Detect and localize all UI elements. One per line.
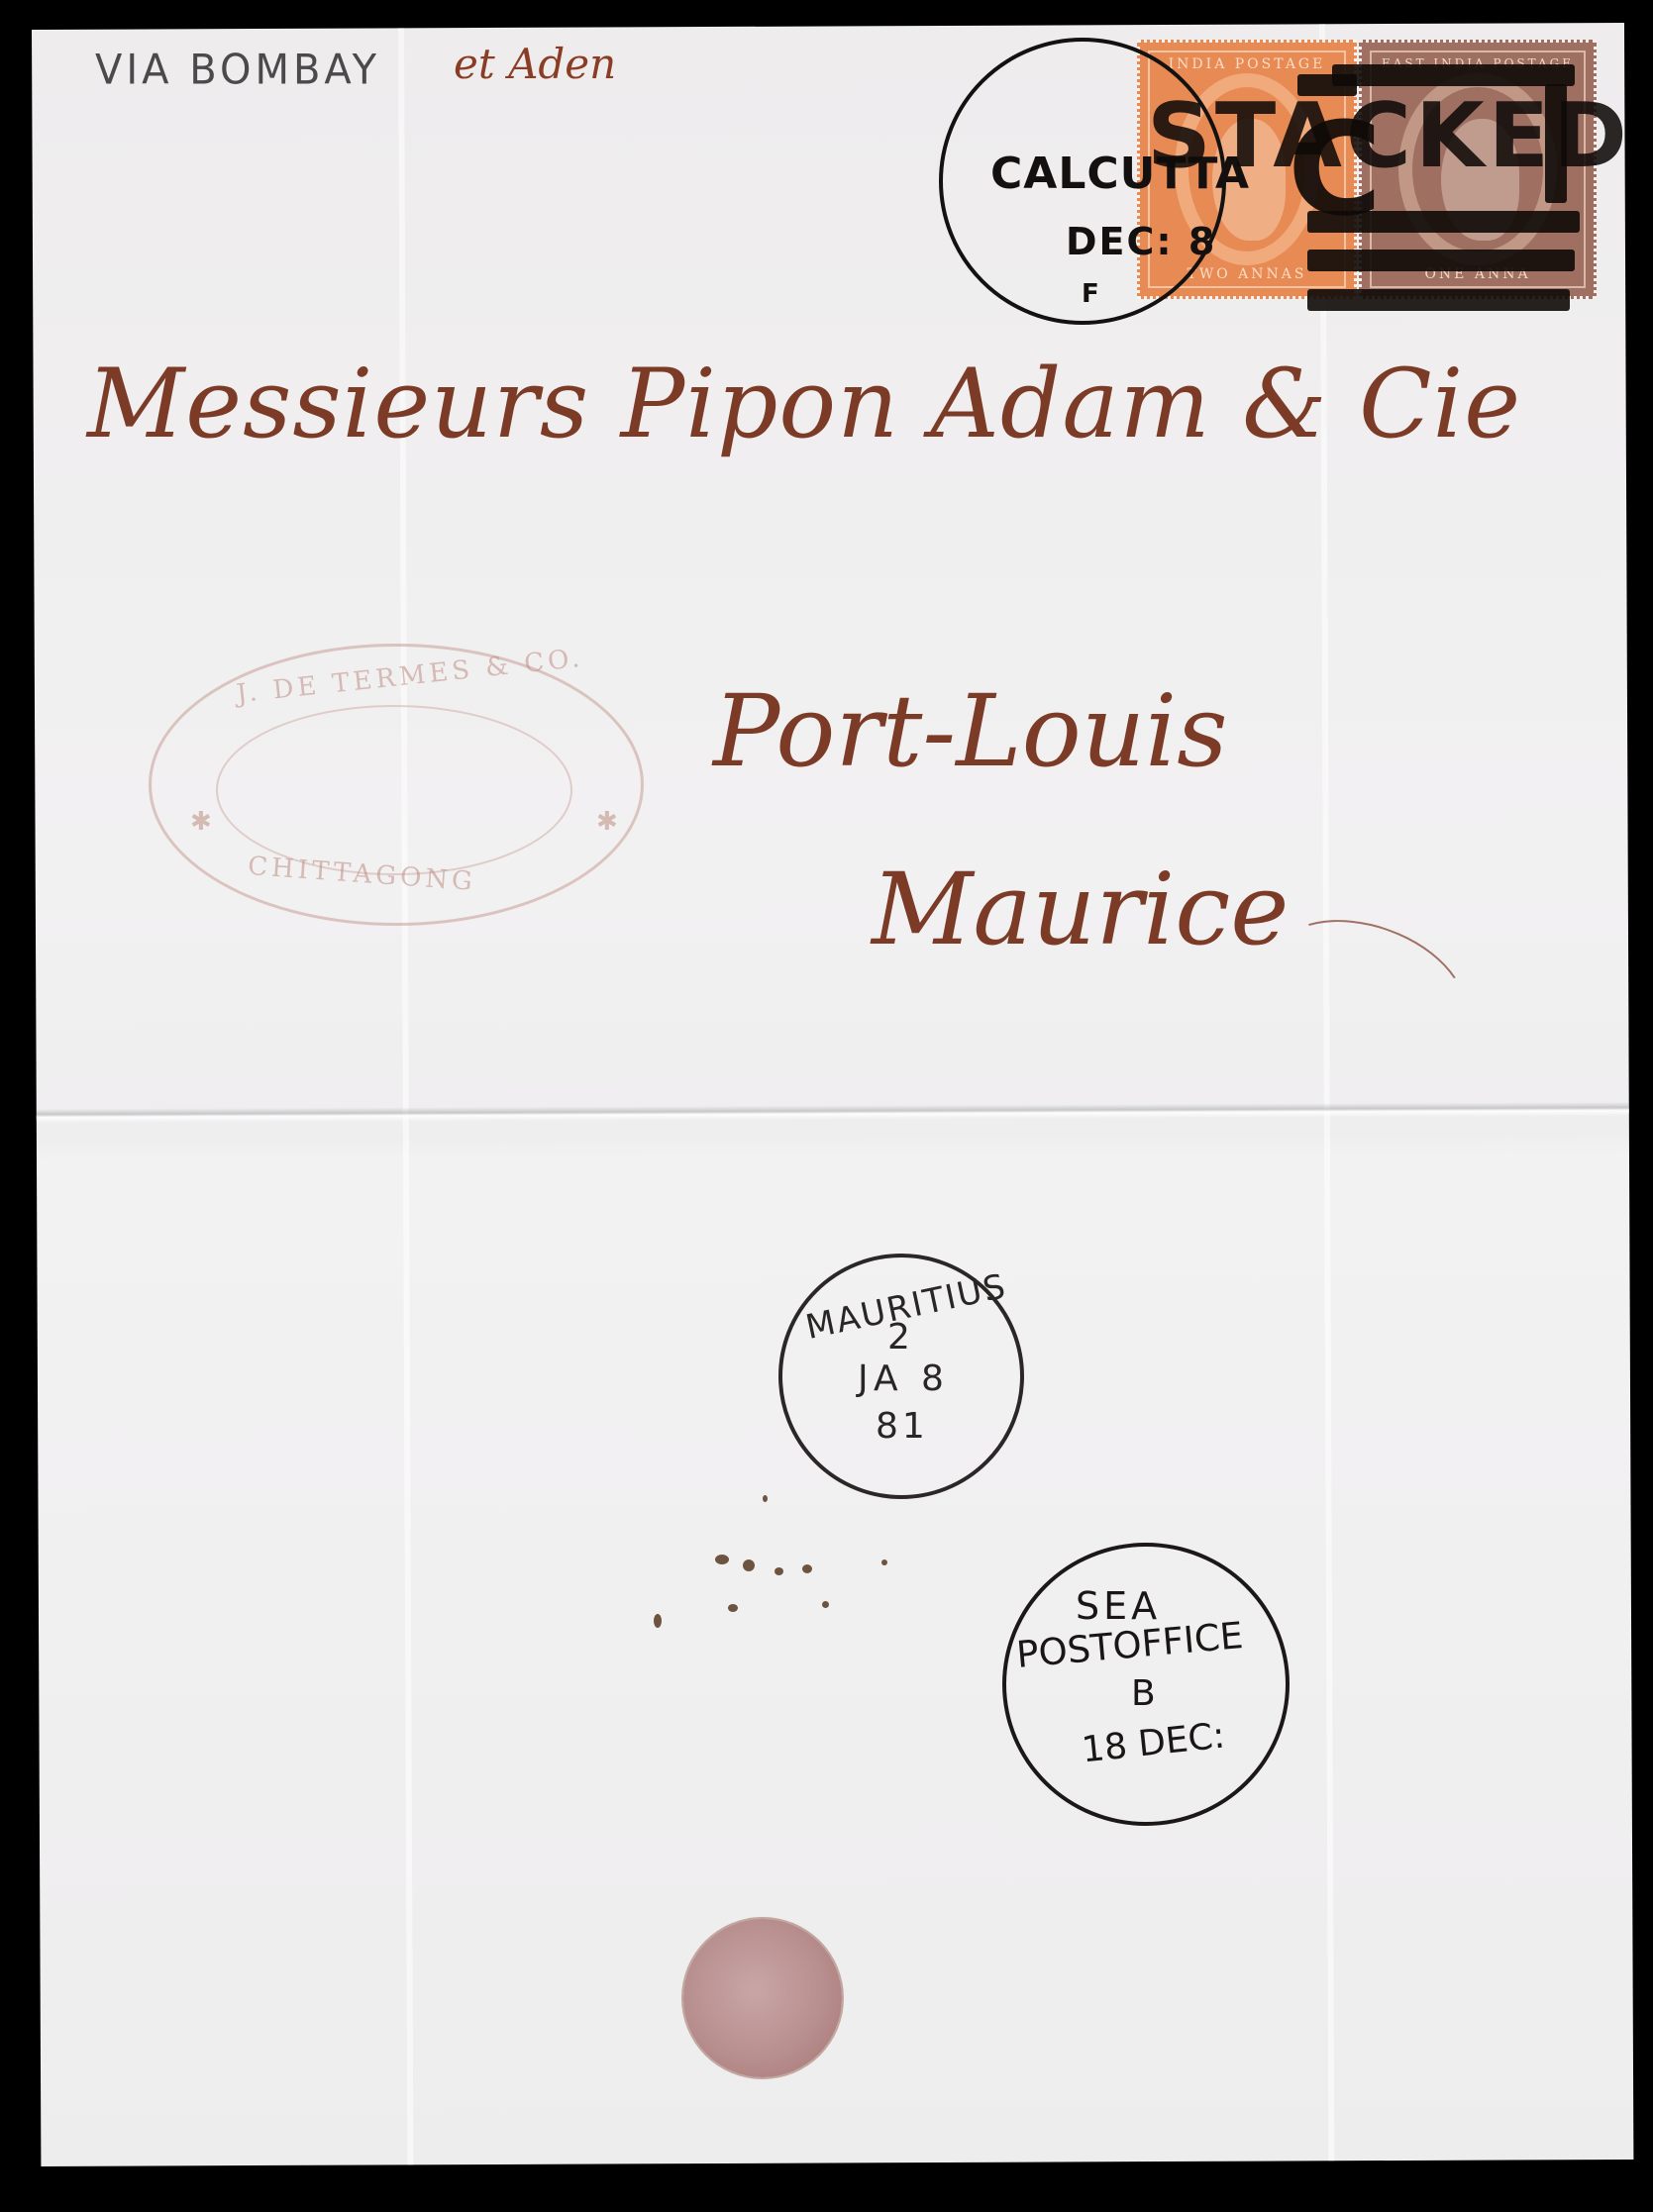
mauritius-postmark-date: JA 8 bbox=[858, 1358, 950, 1399]
merchant-cachet-inner bbox=[216, 705, 572, 875]
addressee-line: Messieurs Pipon Adam & Cie bbox=[87, 349, 1521, 459]
ink-speck bbox=[715, 1555, 729, 1564]
cachet-ornament-icon: ✱ bbox=[596, 807, 622, 837]
ink-speck bbox=[822, 1601, 829, 1608]
via-bombay-handstamp: VIA BOMBAY bbox=[95, 47, 380, 94]
address-city: Port-Louis bbox=[713, 673, 1228, 789]
ink-speck bbox=[728, 1604, 738, 1612]
mauritius-postmark-line1: 2 bbox=[887, 1317, 910, 1357]
obliterator-bar bbox=[1307, 250, 1575, 271]
mauritius-postmark-year: 81 bbox=[876, 1406, 929, 1447]
sea-po-line3: B bbox=[1131, 1673, 1156, 1714]
cachet-ornament-icon: ✱ bbox=[190, 807, 216, 837]
obliterator-bar bbox=[1332, 64, 1575, 86]
routing-manuscript: et Aden bbox=[454, 40, 616, 88]
vertical-fold bbox=[1319, 24, 1334, 2161]
address-country: Maurice bbox=[872, 852, 1289, 967]
obliterator-bar bbox=[1307, 211, 1580, 233]
ink-speck bbox=[802, 1564, 812, 1573]
ink-speck bbox=[881, 1559, 887, 1565]
letter-sheet bbox=[32, 23, 1633, 2166]
wax-seal bbox=[683, 1919, 842, 2077]
ink-speck bbox=[775, 1567, 783, 1575]
calcutta-postmark-date: DEC: 8 bbox=[1066, 220, 1216, 263]
obliterator-bar bbox=[1545, 84, 1567, 203]
obliterator-bar bbox=[1297, 74, 1357, 96]
obliterator-bar bbox=[1307, 289, 1570, 311]
ink-speck bbox=[763, 1495, 768, 1502]
ink-speck bbox=[743, 1559, 755, 1571]
ink-speck bbox=[654, 1614, 662, 1628]
horizontal-fold bbox=[37, 1102, 1629, 1123]
calcutta-postmark-code: F bbox=[1082, 279, 1099, 309]
